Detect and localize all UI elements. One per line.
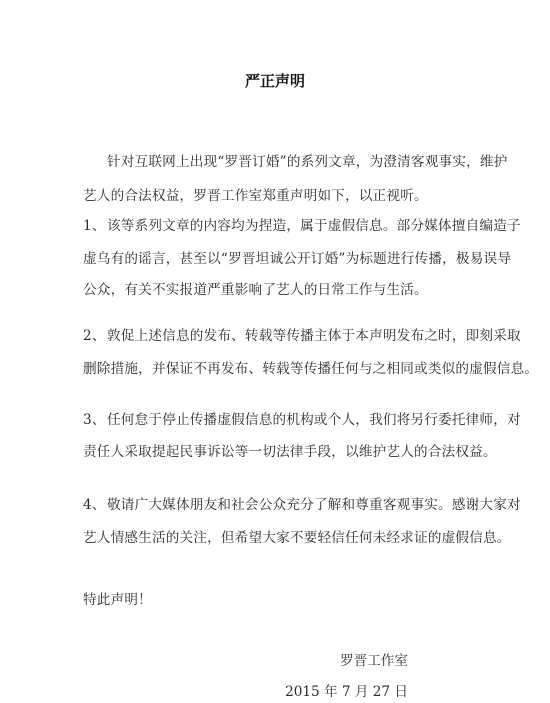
intro-line-2: 艺人的合法权益，罗晋工作室郑重声明如下，以正视听。 bbox=[83, 188, 428, 204]
item-2-number: 2、 bbox=[83, 328, 107, 344]
document-title: 严正声明 bbox=[0, 70, 550, 91]
item-1-line-2: 虚乌有的谣言，甚至以“罗晋坦诚公开订婚”为标题进行传播，极易误导 bbox=[83, 251, 511, 267]
date: 2015 年 7 月 27 日 bbox=[285, 680, 408, 700]
item-2-line-1: 2、敦促上述信息的发布、转载等传播主体于本声明发布之时，即刻采取 bbox=[83, 328, 521, 344]
item-4-number: 4、 bbox=[83, 497, 107, 513]
item-1-line-1: 1、该等系列文章的内容均为捏造，属于虚假信息。部分媒体擅自编造子 bbox=[83, 218, 521, 234]
item-2-line-2: 删除措施，并保证不再发布、转载等传播任何与之相同或类似的虚假信息。 bbox=[83, 361, 538, 377]
item-3-text: 任何怠于停止传播虚假信息的机构或个人，我们将另行委托律师，对 bbox=[107, 412, 521, 428]
closing-text: 特此声明！ bbox=[83, 592, 152, 608]
signature: 罗晋工作室 bbox=[340, 649, 408, 669]
item-4-line-1: 4、敬请广大媒体朋友和社会公众充分了解和尊重客观事实。感谢大家对 bbox=[83, 497, 521, 513]
item-3-line-1: 3、任何怠于停止传播虚假信息的机构或个人，我们将另行委托律师，对 bbox=[83, 412, 521, 428]
item-4-text: 敬请广大媒体朋友和社会公众充分了解和尊重客观事实。感谢大家对 bbox=[107, 497, 521, 513]
item-3-number: 3、 bbox=[83, 412, 107, 428]
item-2-text: 敦促上述信息的发布、转载等传播主体于本声明发布之时，即刻采取 bbox=[107, 328, 521, 344]
statement-document: 严正声明 针对互联网上出现“罗晋订婚”的系列文章，为澄清客观事实，维护 艺人的合… bbox=[0, 0, 550, 703]
item-1-line-3: 公众，有关不实报道严重影响了艺人的日常工作与生活。 bbox=[83, 282, 428, 298]
item-4-line-2: 艺人情感生活的关注，但希望大家不要轻信任何未经求证的虚假信息。 bbox=[83, 530, 511, 546]
item-3-line-2: 责任人采取提起民事诉讼等一切法律手段，以维护艺人的合法权益。 bbox=[83, 444, 497, 460]
item-1-number: 1、 bbox=[83, 218, 107, 234]
item-1-text: 该等系列文章的内容均为捏造，属于虚假信息。部分媒体擅自编造子 bbox=[107, 218, 521, 234]
intro-line-1: 针对互联网上出现“罗晋订婚”的系列文章，为澄清客观事实，维护 bbox=[107, 154, 508, 170]
